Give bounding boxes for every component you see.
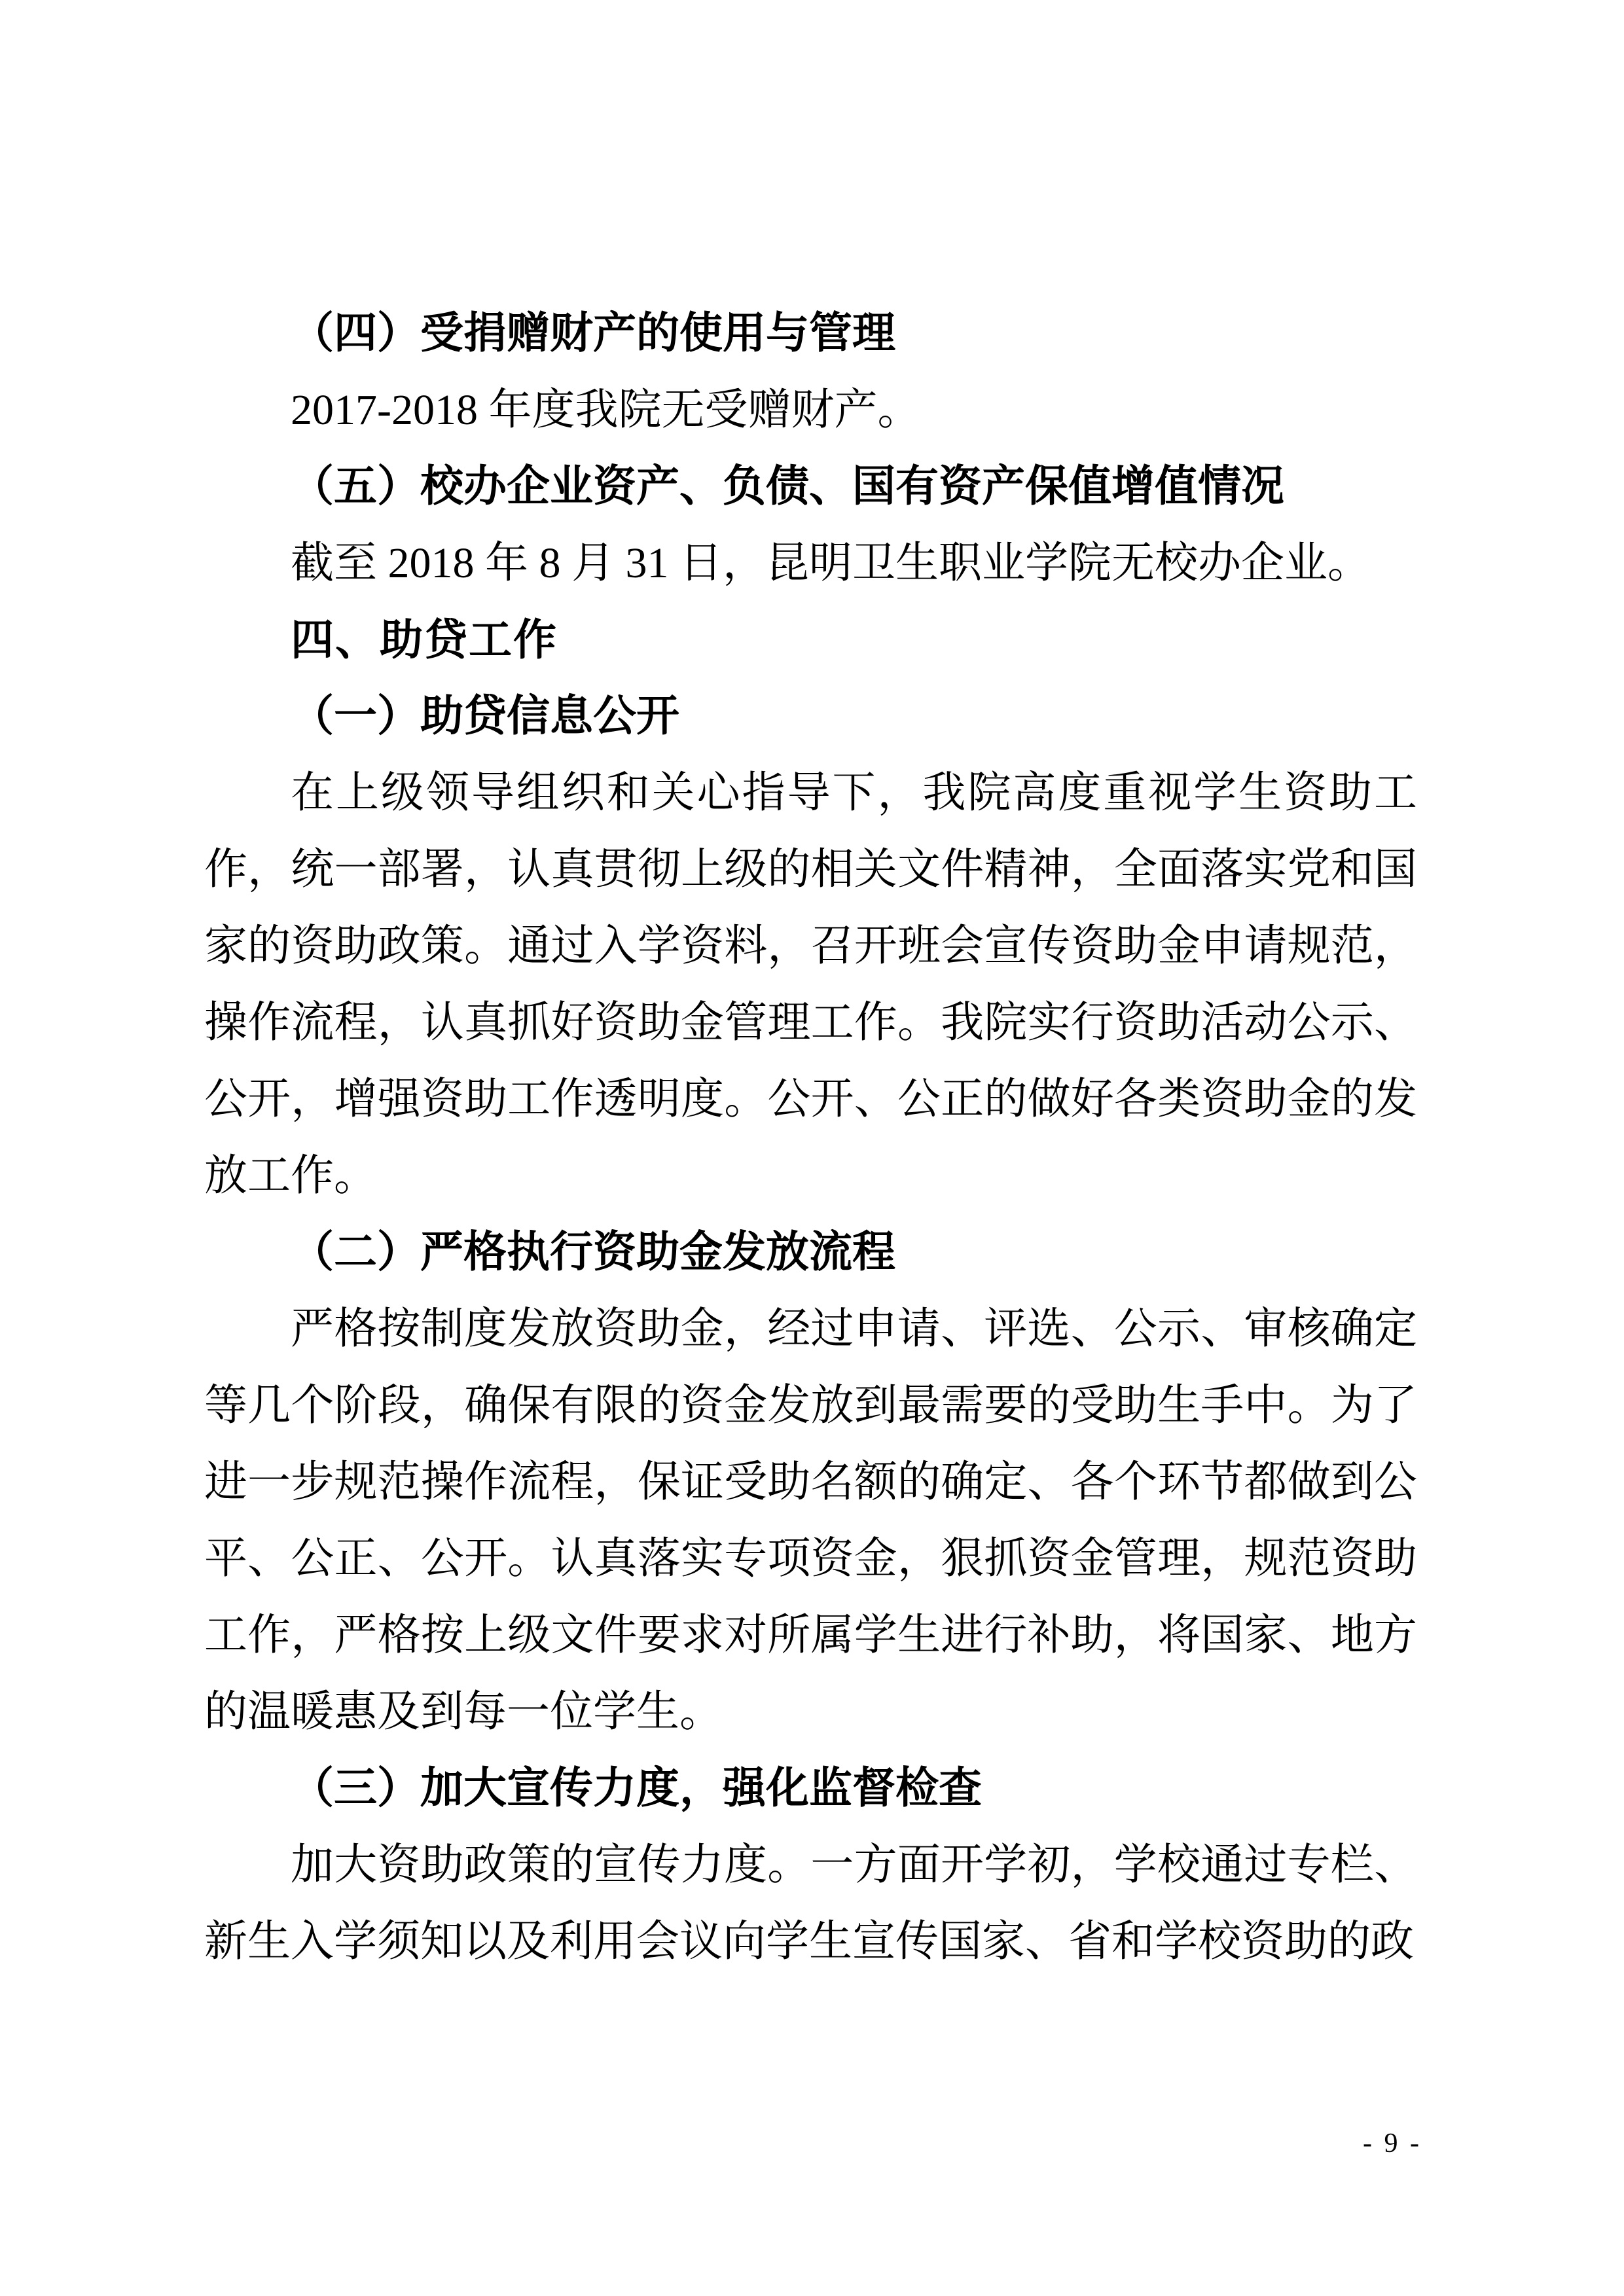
page-number: - 9 - (1363, 2128, 1422, 2159)
paragraph-school-enterprise: 截至 2018 年 8 月 31 日，昆明卫生职业学院无校办企业。 (204, 525, 1417, 601)
paragraph-publicity-supervision: 加大资助政策的宣传力度。一方面开学初，学校通过专栏、新生入学须知以及利用会议向学… (204, 1827, 1417, 1980)
paragraph-info-disclosure: 在上级领导组织和关心指导下，我院高度重视学生资助工作，统一部署，认真贯彻上级的相… (204, 755, 1417, 1214)
subsection-heading-school-enterprise: （五）校办企业资产、负债、国有资产保值增值情况 (204, 448, 1417, 525)
subsection-heading-donated-property: （四）受捐赠财产的使用与管理 (204, 295, 1417, 372)
subsection-heading-grant-process: （二）严格执行资助金发放流程 (204, 1214, 1417, 1291)
paragraph-grant-process: 严格按制度发放资助金，经过申请、评选、公示、审核确定等几个阶段，确保有限的资金发… (204, 1291, 1417, 1750)
section-heading-loan-assistance-work: 四、助贷工作 (204, 601, 1417, 678)
subsection-heading-info-disclosure: （一）助贷信息公开 (204, 678, 1417, 755)
document-page: （四）受捐赠财产的使用与管理 2017-2018 年度我院无受赠财产。 （五）校… (0, 0, 1624, 2296)
paragraph-donated-property: 2017-2018 年度我院无受赠财产。 (204, 372, 1417, 448)
document-body: （四）受捐赠财产的使用与管理 2017-2018 年度我院无受赠财产。 （五）校… (204, 295, 1417, 1980)
subsection-heading-publicity-supervision: （三）加大宣传力度，强化监督检查 (204, 1750, 1417, 1827)
